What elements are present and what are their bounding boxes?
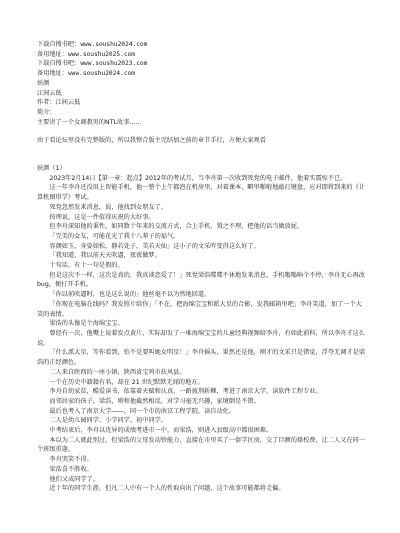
- source-line: 下载自搜书吧：www.soushu2024.com: [37, 40, 367, 50]
- intro-label: 简介：: [37, 108, 367, 118]
- paragraph: 「我知道，我以前天天吹逼，夜夜做梦。: [37, 251, 365, 261]
- paragraph: 「你以前吹逼时，也是这么说的」他丝毫不以为然地回道。: [37, 290, 365, 300]
- paragraph: 但李舟深知他的秉性，如同数十年来的交流方式，合上手机，置之不理，把他的话当做放屁…: [37, 222, 365, 232]
- paragraph: 他们又成同学了。: [37, 475, 365, 485]
- paragraph: 一个在历史中籍籍有名，却在 21 世纪默默无闻的地方。: [37, 378, 365, 388]
- paragraph: 「完美的女友，可能花光了我十八辈子的福气。: [37, 232, 365, 242]
- paragraph: 李舟自幼家贫，酷爱读书，依靠着天赋和认真，一路披荆斩棘，考进了南京大学，读软件工…: [37, 387, 365, 397]
- paragraph: 但是这次不一样，这次是真的，我真谈恋爱了！」死党梁浩喋喋不休地发来消息，手机嗡嗡…: [37, 271, 365, 290]
- source-line: 备用地址：www.soushu2024.com: [37, 69, 367, 79]
- paragraph: 二人来自陕西的一座小镇，陕西省宝鸡市扶风县。: [37, 368, 365, 378]
- book-title: 妖颜: [37, 79, 367, 89]
- paragraph: 按理说，这是一件值得庆祝的大好事。: [37, 213, 365, 223]
- intro-text: 主要讲了一个女调教男的NTL故事……: [37, 118, 367, 128]
- chapter-title: 妖颜（1）: [37, 164, 367, 174]
- paragraph: 十句话，有十一句是假的。: [37, 261, 365, 271]
- source-header: 下载自搜书吧：www.soushu2024.com 备用地址：www.soush…: [37, 40, 367, 79]
- paragraph: 「你现在电脑在线吗？我发照片给你」「不在，把海绵宝宝和派大星的合影，发我邮箱里吧…: [37, 300, 365, 319]
- paragraph: 中考结束后，李舟以优异的成绩考进市一中，而梁浩，则进入县级高中都很困难。: [37, 426, 365, 436]
- book-author-name: 江间云低: [37, 89, 367, 99]
- chapter: 妖颜（1） 2023年2月14日【第一章：起点】2012年的考试月，当李舟第一次…: [37, 164, 367, 494]
- paragraph: 近十年的同学生涯，但凡二人中有一个人的性取向出了问题，这个故事可能都将走偏。: [37, 484, 365, 494]
- paragraph: 这一年李舟还没用上智能手机，他一整个上午都泡在机房里，对着课本，噼里啪啦地敲打键…: [37, 183, 365, 202]
- paragraph: 而邻居家的孩子，梁浩，则和他截然相反，对学习毫无兴趣，家境倒是不错。: [37, 397, 365, 407]
- source-label: 备用地址：: [37, 51, 68, 58]
- source-label: 下载自搜书吧：: [37, 60, 80, 67]
- source-line: 下载自搜书吧：www.soushu2023.com: [37, 59, 367, 69]
- paragraph: 死党忽然发来消息，说，他找到女朋友了。: [37, 203, 365, 213]
- paragraph: 梁浩的头像是个海绵宝宝。: [37, 319, 365, 329]
- source-url[interactable]: www.soushu2024.com: [80, 41, 147, 48]
- paragraph: 本以为二人就此别过，但梁浩的父母发动钞能力，直接在市里买了一套学区房，交了巨额的…: [37, 436, 365, 455]
- spacer: [37, 127, 367, 136]
- paragraph: 2023年2月14日【第一章：起点】2012年的考试月，当李舟第一次收到死党的电…: [37, 174, 365, 184]
- book-author: 作者：江间云低: [37, 98, 367, 108]
- paragraph: 最后也考入了南京大学——，同一个市的南京工程学院，读自动化。: [37, 407, 365, 417]
- source-line: 备用地址：www.soushu2025.com: [37, 50, 367, 60]
- paragraph: 曾经有一次，他嘴上说着发点黄片，实际却发了一堆海绵宝宝的儿童经典视频给李舟，有如…: [37, 329, 365, 348]
- source-url[interactable]: www.soushu2023.com: [80, 60, 147, 67]
- paragraph: 李舟哭笑不得。: [37, 455, 365, 465]
- paragraph: 二人是幼儿园同学、小学同学、初中同学。: [37, 416, 365, 426]
- source-label: 下载自搜书吧：: [37, 41, 80, 48]
- editor-note: 由于看论坛里没有完整版的，所以我整合版主完结加之前的章节手打，方便大家观看: [37, 136, 367, 146]
- paragraph: 梁浩喜不胜收。: [37, 465, 365, 475]
- spacer: [37, 146, 367, 164]
- paragraph: 容颜如玉，身姿如松，静若处子，美若天仙」这小子的文采咋变得这么好了。: [37, 242, 365, 252]
- document-page: 下载自搜书吧：www.soushu2024.com 备用地址：www.soush…: [37, 40, 367, 494]
- source-label: 备用地址：: [37, 70, 68, 77]
- paragraph: 「什么派大星，等你看到，怕不是要叫她女明星！」李舟摇头，果然还是他，刚才的文采只…: [37, 348, 365, 367]
- source-url[interactable]: www.soushu2025.com: [68, 51, 135, 58]
- source-url[interactable]: www.soushu2024.com: [68, 70, 135, 77]
